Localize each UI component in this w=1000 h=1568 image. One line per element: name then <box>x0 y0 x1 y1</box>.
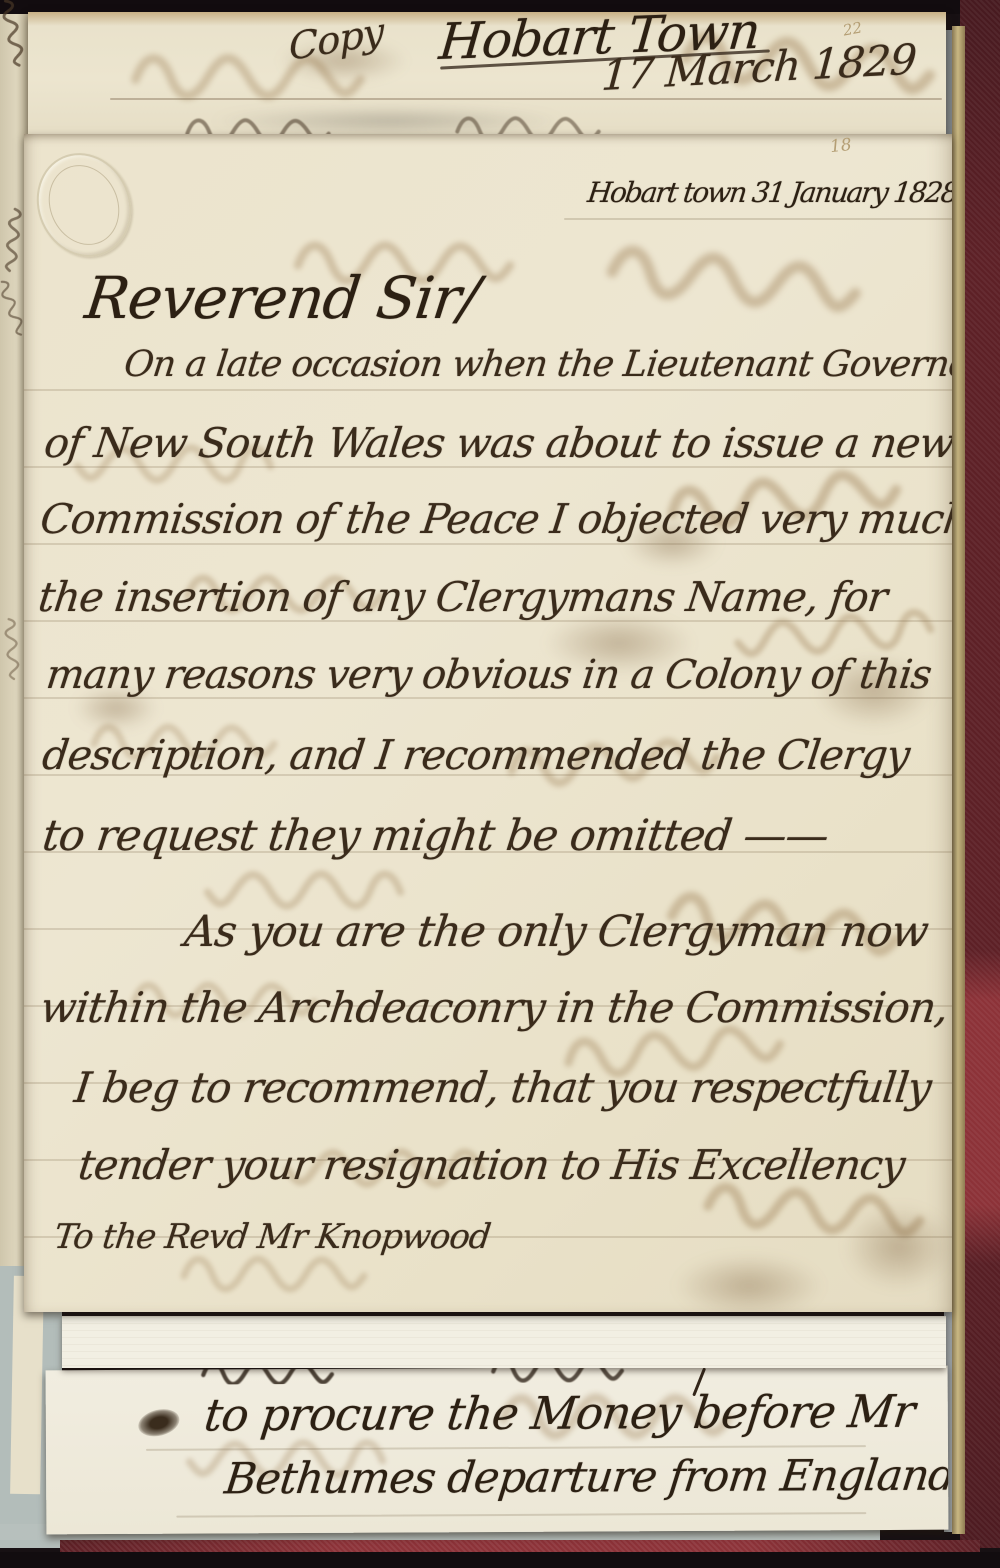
clipped-ascenders <box>128 104 728 134</box>
ruled-line <box>146 1445 866 1451</box>
letter-line: to procure the Money before Mr <box>202 1388 917 1439</box>
pencil-page-number: 18 <box>829 135 853 157</box>
ink-bleedthrough <box>581 229 886 331</box>
letter-page: 18 Hobart town 31 January 1828 Reverend … <box>24 134 952 1312</box>
embossed-stamp <box>24 138 148 272</box>
ruled-line <box>564 218 952 220</box>
letter-line: many reasons very obvious in a Colony of… <box>44 654 933 696</box>
letter-line: of New South Wales was about to issue a … <box>42 422 952 465</box>
book-shadow-bottom <box>0 1552 1000 1568</box>
letter-line: Commission of the Peace I objected very … <box>38 498 952 541</box>
ink-blot <box>135 1405 182 1441</box>
ruled-line <box>176 1512 866 1518</box>
addressee-footer: To the Revd Mr Knopwood <box>52 1220 492 1256</box>
pencil-folio-number: 22 <box>842 18 864 39</box>
letter-line: description, and I recommended the Clerg… <box>40 734 912 777</box>
dateline: Hobart town 31 January 1828 <box>586 178 952 207</box>
letter-line: tender your resignation to His Excellenc… <box>76 1144 907 1187</box>
letter-line: Bethumes departure from England <box>222 1454 948 1503</box>
clipped-text-line <box>138 1366 838 1385</box>
stain <box>844 1204 952 1290</box>
letter-line: to request they might be omitted —— <box>40 814 830 859</box>
next-letter-page: to procure the Money before Mr Bethumes … <box>46 1366 949 1535</box>
letter-line: within the Archdeaconry in the Commissio… <box>38 986 950 1030</box>
previous-letter-page: Copy Hobart Town 17 March 1829 22 <box>28 12 946 134</box>
salutation: Reverend Sir/ <box>82 268 482 329</box>
ruled-line <box>110 98 942 100</box>
letter-line: On a late occasion when the Lieutenant G… <box>122 346 952 384</box>
letter-line: I beg to recommend, that you respectfull… <box>72 1066 933 1110</box>
book-cover-right <box>960 0 1000 1548</box>
letter-line: As you are the only Clergyman now <box>182 910 930 955</box>
page-edges-gilt <box>952 26 965 1534</box>
letter-line: the insertion of any Clergymans Name, fo… <box>36 576 889 619</box>
stain <box>674 1254 824 1312</box>
manuscript-page-scan: to procure the Money before Mr Bethumes … <box>0 0 1000 1568</box>
blank-leaf-strip <box>62 1316 946 1368</box>
